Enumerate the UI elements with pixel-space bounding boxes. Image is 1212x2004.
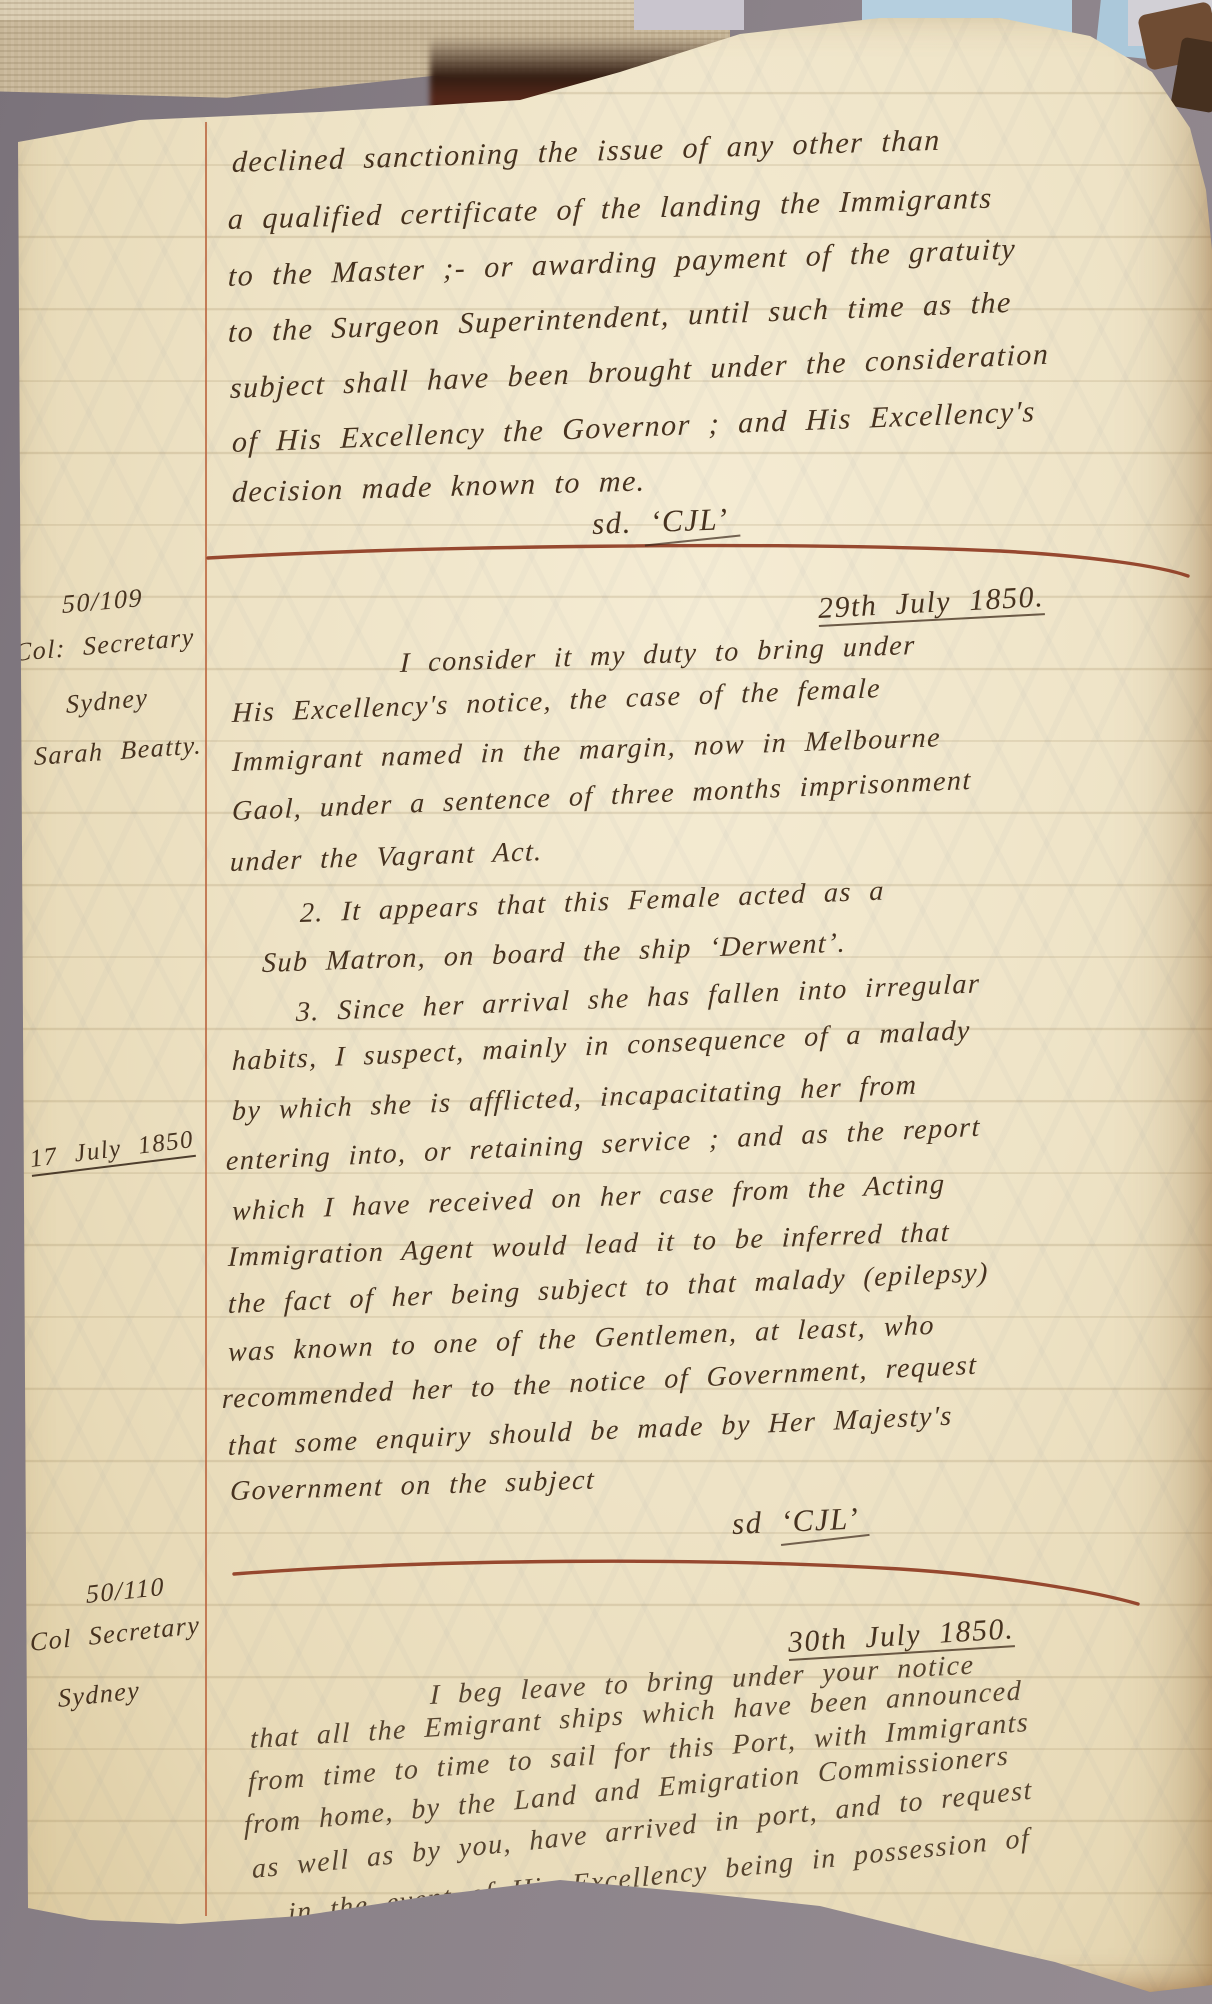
- manuscript-line: of His Excellency the Governor ; and His…: [231, 395, 1036, 460]
- manuscript-line: to the Master ;- or awarding payment of …: [227, 232, 1016, 294]
- margin-annotation: 50/109: [62, 583, 143, 620]
- margin-rule-line: [205, 122, 207, 1916]
- manuscript-line: I consider it my duty to bring under: [399, 630, 916, 680]
- margin-annotation: Sydney: [57, 1675, 140, 1714]
- entry-signature: sd ‘CJL’: [731, 1500, 860, 1542]
- margin-annotation: 50/110: [85, 1572, 165, 1610]
- margin-annotation: Sarah Beatty.: [34, 730, 202, 772]
- manuscript-line: decision made known to me.: [231, 464, 646, 510]
- entry-divider-line: [208, 546, 1188, 576]
- photograph-background: 117 50/109Col: SecretarySydneySarah Beat…: [0, 0, 1212, 2004]
- manuscript-line: declined sanctioning the issue of any ot…: [231, 124, 941, 180]
- manuscript-line: 2. It appears that this Female acted as …: [299, 875, 885, 930]
- manuscript-line: to the Surgeon Superintendent, until suc…: [227, 286, 1012, 350]
- manuscript-line: Government on the subject: [229, 1464, 595, 1508]
- manuscript-line: Sub Matron, on board the ship ‘Derwent’.: [261, 928, 847, 980]
- ledger-page: 117 50/109Col: SecretarySydneySarah Beat…: [0, 0, 1212, 2004]
- entry-date: 29th July 1850.: [817, 580, 1045, 626]
- manuscript-line: subject shall have been brought under th…: [230, 338, 1050, 406]
- margin-date-note: 17 July 1850: [28, 1126, 195, 1174]
- backdrop-lavender-strip: [634, 0, 744, 30]
- margin-annotation: Sydney: [66, 683, 149, 720]
- manuscript-line: His Excellency's notice, the case of the…: [231, 673, 881, 730]
- manuscript-line: which I have received on her case from t…: [231, 1169, 946, 1228]
- manuscript-line: a qualified certificate of the landing t…: [227, 182, 993, 237]
- manuscript-line: under the Vagrant Act.: [229, 836, 543, 879]
- margin-annotation: Col Secretary: [29, 1610, 200, 1658]
- entry-signature: sd. ‘CJL’: [591, 501, 729, 542]
- entry-divider-line: [234, 1561, 1138, 1604]
- margin-annotation: Col: Secretary: [14, 622, 195, 668]
